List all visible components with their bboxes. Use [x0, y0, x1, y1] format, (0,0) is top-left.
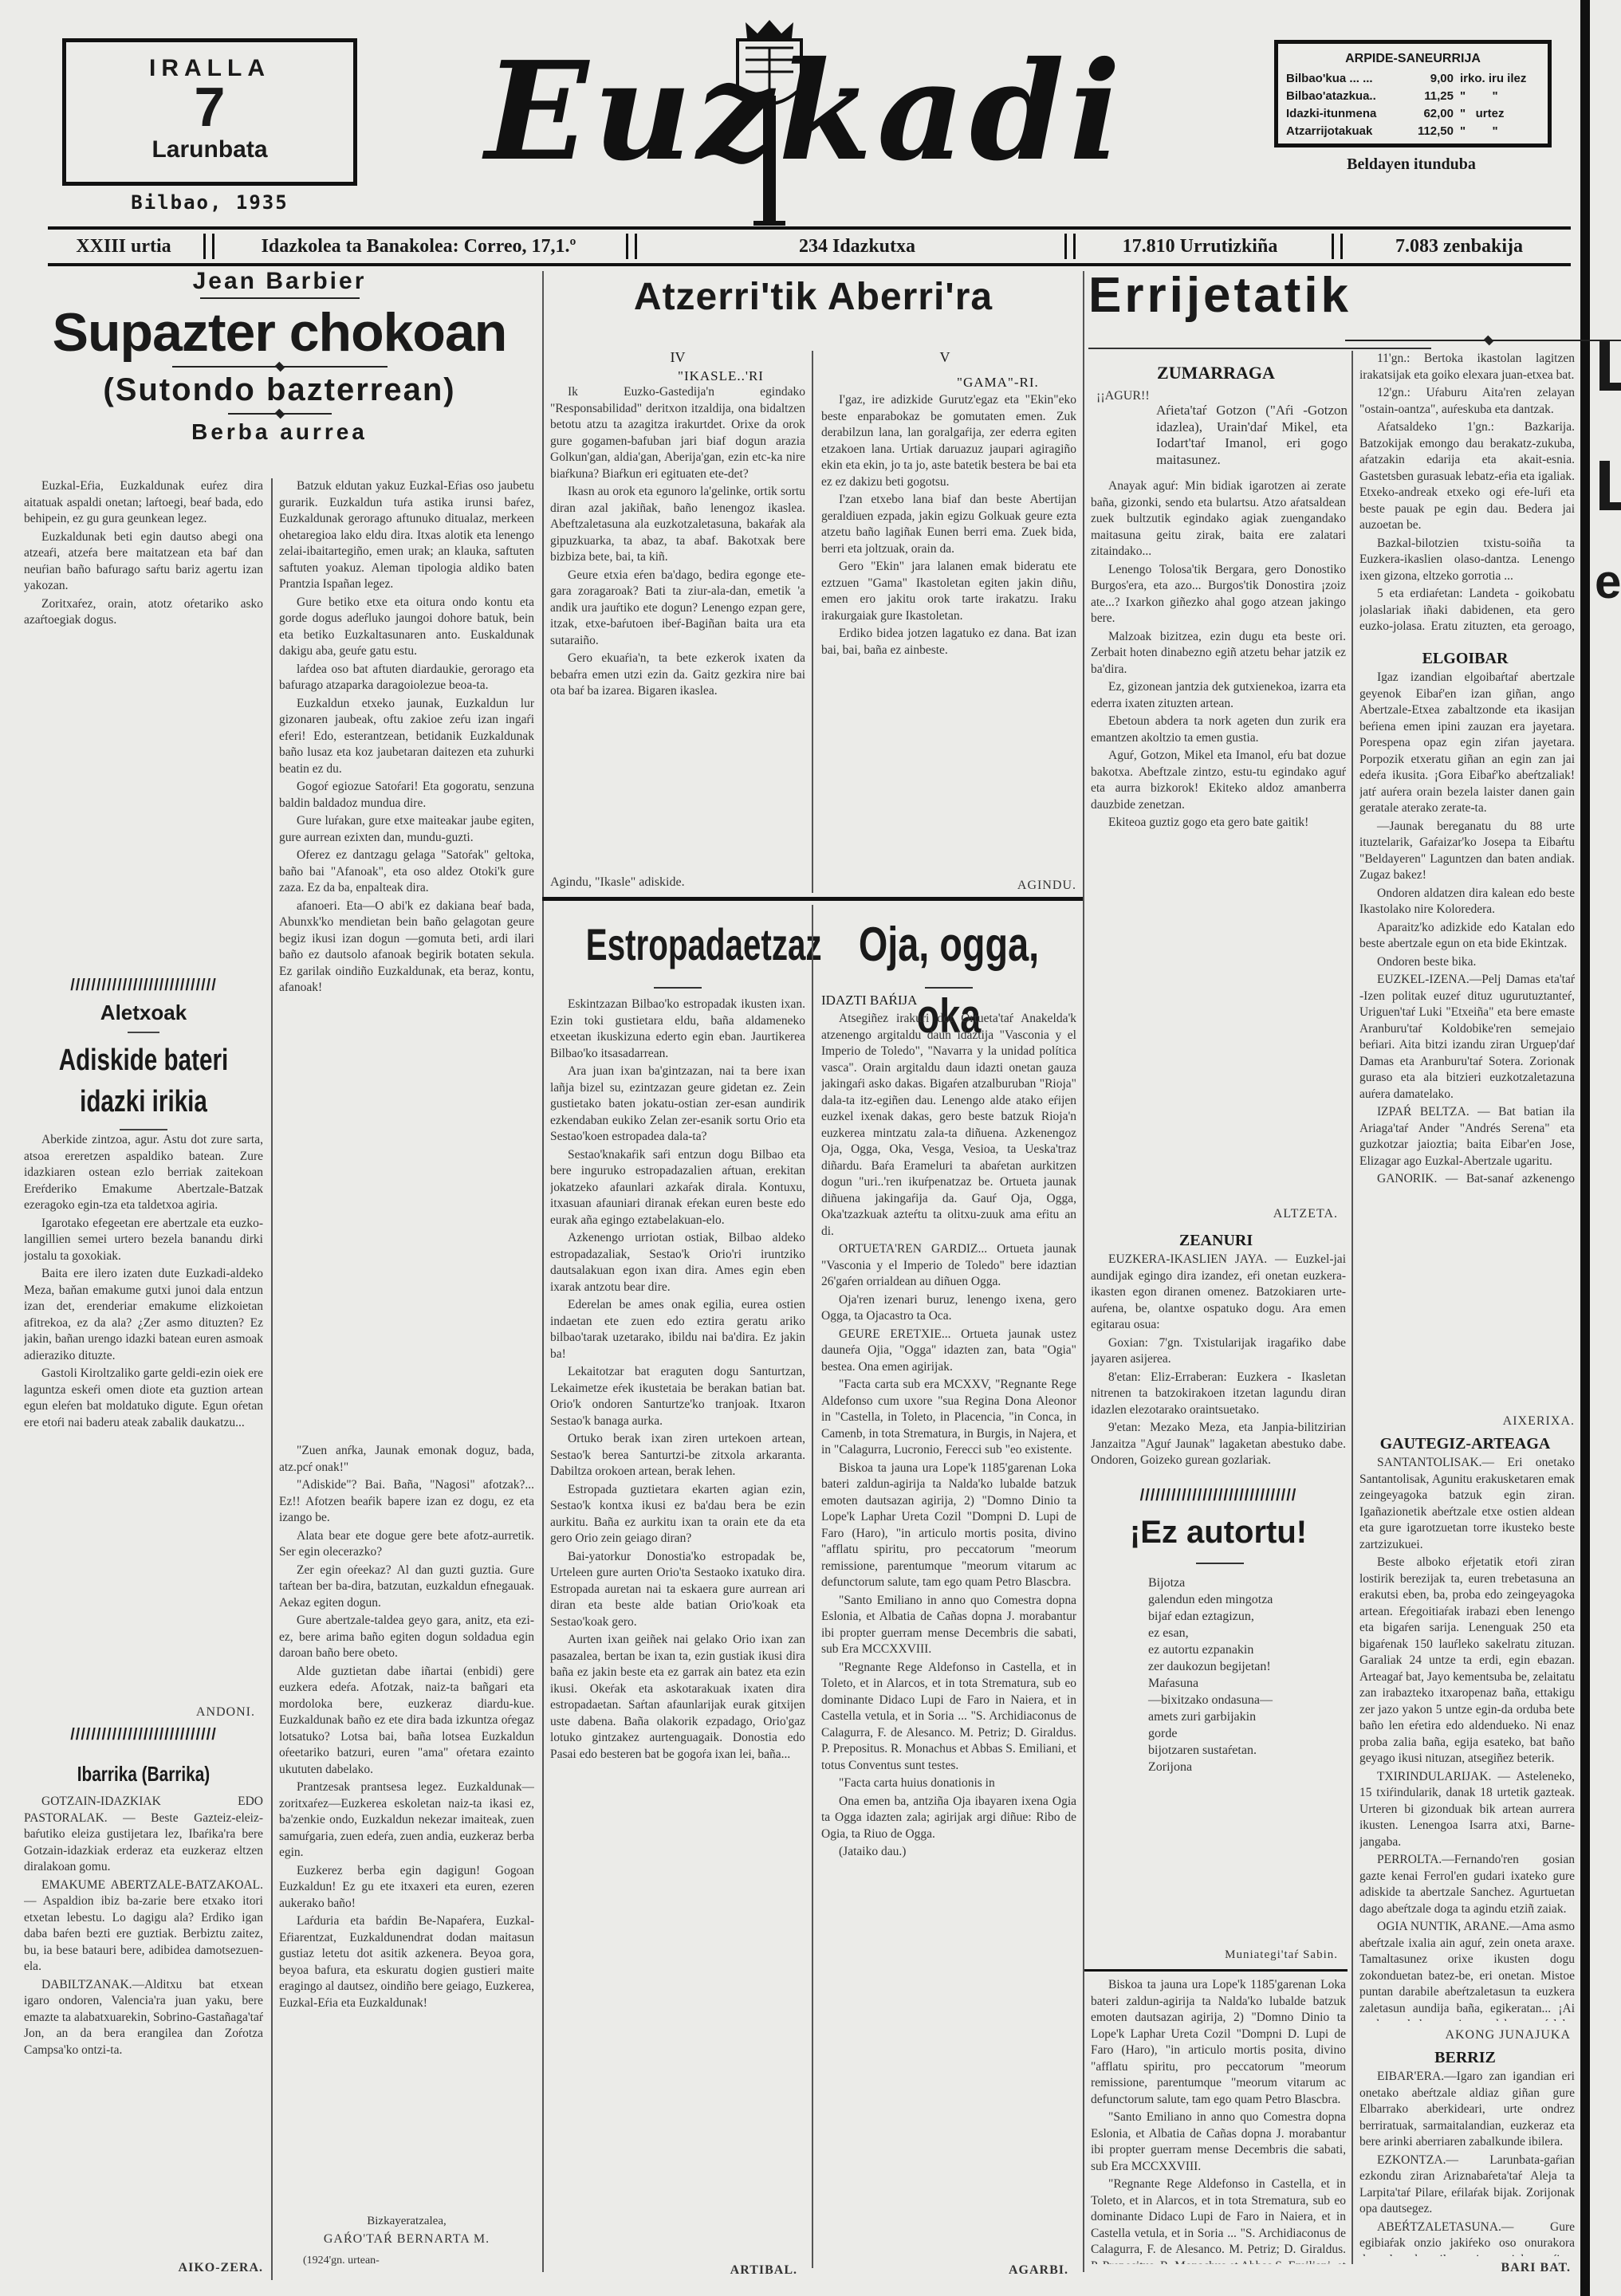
paragraph: ABEŔTZALETASUNA.— Gure egibiaŕak onzio j…	[1359, 2219, 1575, 2257]
col1-body: Euzkal-Eŕia, Euzkaldunak euŕez dira aita…	[24, 478, 263, 941]
ibarrika-body: GOTZAIN-IDAZKIAK EDO PASTORALAK. — Beste…	[24, 1794, 263, 2240]
subscription-price: 11,25	[1404, 88, 1454, 105]
part-iv-numeral: IV	[550, 349, 805, 366]
divider	[128, 1032, 159, 1033]
paragraph: Zoritxaŕez, orain, atotz oŕetariko asko …	[24, 596, 263, 629]
paragraph: —Jaunak bereganatu du 88 urte ituztelari…	[1359, 819, 1575, 884]
paragraph: Ez, gizonean jantzia dek gutxienekoa, iz…	[1091, 679, 1346, 712]
col5-lower-body: Biskoa ta jauna ura Lope'k 1185'garenan …	[1091, 1977, 1346, 2264]
paragraph: Ik Euzko-Gastedija'n egindako "Responsab…	[550, 384, 805, 482]
column-rule	[812, 905, 813, 2268]
paragraph: Euzkaldun etxeko jaunak, Euzkaldun lur g…	[279, 696, 534, 778]
subscription-unit: " "	[1460, 123, 1540, 140]
zumarraga-body: Anayak aguŕ: Min bidiak igarotzen ai zer…	[1091, 478, 1346, 1196]
infobar-bottom-rule	[48, 263, 1571, 266]
poem-line: Zorijona	[1148, 1759, 1340, 1775]
poem-line: galendun eden mingotza	[1148, 1591, 1340, 1608]
elgoibar-signature: AIXERIXA.	[1359, 1414, 1575, 1429]
subscription-title: ARPIDE-SANEURRIJA	[1286, 52, 1540, 66]
paragraph: Euzkaldunak beti egin dautso abegi ona a…	[24, 529, 263, 595]
subscription-row: Idazki-itunmena62,00" urtez	[1286, 105, 1540, 123]
paragraph: SANTANTOLISAK.— Eri onetako Santantolisa…	[1359, 1455, 1575, 1553]
paragraph: Euzkerez berba egin dagigun! Gogoan Euzk…	[279, 1863, 534, 1913]
poem-line: Maŕasuna	[1148, 1675, 1340, 1692]
paragraph: Ona emen ba, antziña Oja ibayaren ixena …	[821, 1794, 1076, 1843]
paragraph: Ederelan be ames onak egilia, eurea osti…	[550, 1297, 805, 1362]
subscription-price: 112,50	[1404, 123, 1454, 140]
paragraph: "Facta carta sub era MCXXV, "Regnante Re…	[821, 1377, 1076, 1459]
ornament-divider	[1345, 340, 1621, 341]
poem-line: ez esan,	[1148, 1625, 1340, 1641]
paragraph: Azkenengo urriotan ostiak, Bilbao aldeko…	[550, 1230, 805, 1295]
paragraph: Bai-yatorkur Donostia'ko estropadak be, …	[550, 1549, 805, 1631]
poem-line: bijotzaren sustaŕetan.	[1148, 1742, 1340, 1759]
paragraph: 9'etan: Mezako Meza, eta Janpia-bilitzir…	[1091, 1420, 1346, 1469]
paragraph: Alata bear ete dogue gere bete afotz-aur…	[279, 1528, 534, 1561]
paragraph: Biskoa ta jauna ura Lope'k 1185'garenan …	[1091, 1977, 1346, 2108]
estropada-signature: ARTIBAL.	[550, 2263, 797, 2278]
paragraph: Geure etxia eŕen ba'dago, bedira egonge …	[550, 568, 805, 650]
paragraph: "Facta carta huius donationis in	[821, 1775, 1076, 1792]
paragraph: TXIRINDULARIJAK. — Asteleneko, 15 txiŕin…	[1359, 1769, 1575, 1851]
paragraph: EZKONTZA.— Larunbata-gaŕian ezkondu zira…	[1359, 2152, 1575, 2218]
aletxoak-signature: ANDONI.	[24, 1705, 255, 1720]
headline-supazter: Supazter chokoan	[22, 304, 537, 361]
ez-autortu-signature: Muniategi'taŕ Sabin.	[1091, 1948, 1338, 1962]
elgoibar-body: Igaz izandian elgoibaŕtaŕ abertzale geye…	[1359, 670, 1575, 1188]
paragraph: (Jataiko dau.)	[821, 1844, 1076, 1861]
subheadline: (Sutondo bazterrean)	[22, 372, 537, 408]
paragraph: IZPAŔ BELTZA. — Bat batian ila Ariaga'ta…	[1359, 1104, 1575, 1170]
paragraph: I'zan etxebo lana biaf dan beste Abertij…	[821, 492, 1076, 557]
col2-footnote: (1924'gn. urtean-	[303, 2255, 380, 2267]
subscription-row: Bilbao'atazkua..11,25" "	[1286, 88, 1540, 105]
paragraph: Ebetoun abdera ta nork ageten dun zurik …	[1091, 714, 1346, 746]
berriz-body: EIBAR'ERA.—Igaro zan igandian eri onetak…	[1359, 2069, 1575, 2256]
paragraph: Aberkide zintzoa, agur. Astu dot zure sa…	[24, 1132, 263, 1214]
paragraph: "Santo Emiliano in anno quo Comestra dop…	[821, 1593, 1076, 1658]
aletxoak-body: Aberkide zintzoa, agur. Astu dot zure sa…	[24, 1132, 263, 1690]
paragraph: "Regnante Rege Aldefonso in Castella, et…	[821, 1660, 1076, 1775]
article-supazter: Jean Barbier Supazter chokoan (Sutondo b…	[22, 268, 537, 450]
column-rule	[812, 351, 813, 893]
divider	[654, 987, 702, 989]
zigzag-divider: ////////////////////////////	[24, 977, 263, 995]
paragraph: EMAKUME ABERTZALE-BATZAKOAL. — Aspaldion…	[24, 1877, 263, 1976]
aletxoak-headline: Adiskide bateri idazki irikia	[50, 1040, 237, 1122]
paragraph: Malzoak bizitzea, ezin dugu eta beste or…	[1091, 629, 1346, 678]
paragraph: Anayak aguŕ: Min bidiak igarotzen ai zer…	[1091, 478, 1346, 560]
part-v-body: I'gaz, ire adizkide Gurutz'egaz eta "Eki…	[821, 392, 1076, 871]
col2-signature-title: Bizkayeratzalea,	[279, 2215, 534, 2228]
paragraph: Beste alboko eŕjetatik etoŕi ziran losti…	[1359, 1555, 1575, 1767]
poem-line: —bixitzako ondasuna—	[1148, 1692, 1340, 1708]
paragraph: Sestao'knakaŕik saŕi entzun dogu Bilbao …	[550, 1147, 805, 1229]
col1b-body: Batzuk eldutan yakuz Euzkal-Eŕias oso ja…	[279, 478, 534, 1443]
section-title: Berba aurrea	[22, 419, 537, 445]
paragraph: ORTUETA'REN GARDIZ... Ortueta jaunak "Va…	[821, 1241, 1076, 1291]
page-edge-bar	[1580, 0, 1590, 2296]
subscription-unit: " "	[1460, 88, 1540, 105]
column-rule	[271, 478, 273, 2280]
paragraph: Atsegiñez irakuri dot Ortueta'taŕ Anakel…	[821, 1011, 1076, 1240]
infobar-divider	[1332, 234, 1343, 259]
zeanuri-body: EUZKERA-IKASLIEN JAYA. — Euzkel-jai aund…	[1091, 1252, 1346, 1471]
paragraph: Biskoa ta jauna ura Lope'k 1185'garenan …	[821, 1461, 1076, 1591]
subscription-price: 9,00	[1404, 70, 1454, 88]
place-year: Bilbao, 1935	[62, 191, 357, 214]
paragraph: I'gaz, ire adizkide Gurutz'egaz eta "Eki…	[821, 392, 1076, 490]
paragraph: EUZKEL-IZENA.—Pelj Damas eta'taŕ -Izen p…	[1359, 972, 1575, 1103]
paragraph: Ondoren aldatzen dira kalean edo beste I…	[1359, 886, 1575, 918]
column-rule	[1351, 351, 1353, 2264]
paragraph: Eskintzazan Bilbao'ko estropadak ikusten…	[550, 997, 805, 1062]
paragraph: Batzuk eldutan yakuz Euzkal-Eŕias oso ja…	[279, 478, 534, 593]
masthead-title: Euzkadi	[447, 16, 1164, 231]
poem-line: bijaŕ edan eztagizun,	[1148, 1608, 1340, 1625]
berriz-place: BERRIZ	[1355, 2049, 1575, 2067]
estropada-body: Eskintzazan Bilbao'ko estropadak ikusten…	[550, 997, 805, 2248]
paragraph: Ikasn au orok eta egunoro la'gelinke, or…	[550, 484, 805, 566]
paragraph: OGIA NUNTIK, ARANE.—Ama asmo abeŕtzale i…	[1359, 1919, 1575, 2021]
poem-line: ez autortu ezpanakin	[1148, 1641, 1340, 1658]
paragraph: Ekiteoa guztiz gogo eta gero bate gaitik…	[1091, 815, 1346, 832]
adjacent-page-clip: L L e	[1595, 319, 1621, 630]
col2-signature: GAŔO'TAŔ BERNARTA M.	[279, 2232, 534, 2247]
paragraph: "Regnante Rege Aldefonso in Castella, et…	[1091, 2176, 1346, 2264]
infobar-divider	[626, 234, 637, 259]
paragraph: Estropada guztietara ekarten agian ezin,…	[550, 1482, 805, 1547]
paragraph: Aguŕ, Gotzon, Mikel eta Imanol, eŕu bat …	[1091, 748, 1346, 813]
poem-line: Bijotza	[1148, 1575, 1340, 1591]
zigzag-divider: //////////////////////////////	[1091, 1487, 1346, 1505]
paragraph: Oja'ren izenari buruz, lenengo ixena, ge…	[821, 1292, 1076, 1325]
paragraph: GEURE ERETXIE... Ortueta jaunak ustez da…	[821, 1327, 1076, 1376]
section-rule	[1084, 1969, 1348, 1972]
paragraph: Aurten ixan geiñek nai gelako Orio ixan …	[550, 1632, 805, 1763]
paragraph: Lekaitotzar bat eraguten dogu Santurtzan…	[550, 1364, 805, 1429]
paragraph: PERROLTA.—Fernando'ren gosian gazte kena…	[1359, 1852, 1575, 1917]
paragraph: Laŕduria eta baŕdin Be-Napaŕera, Euzkal-…	[279, 1913, 534, 2011]
subscription-unit: irko. iru ilez	[1460, 70, 1540, 88]
poem-line: amets zuri garbijakin	[1148, 1708, 1340, 1725]
infobar-phone: 17.810 Urrutizkiña	[1076, 232, 1324, 261]
ornament-divider	[228, 413, 332, 415]
headline-errijetatik: Errijetatik	[1088, 267, 1439, 324]
subscription-label: Bilbao'atazkua..	[1286, 88, 1404, 105]
date-weekday: Larunbata	[66, 136, 353, 163]
date-day: 7	[66, 82, 353, 132]
paragraph: Gure luŕakan, gure etxe maiteakar jaube …	[279, 813, 534, 846]
paragraph: 8'etan: Eliz-Erraberan: Euzkera - Ikasle…	[1091, 1370, 1346, 1419]
paragraph: Gure abertzale-taldea geyo gara, anitz, …	[279, 1613, 534, 1662]
infobar-top-rule	[48, 226, 1571, 230]
col2-body: "Zuen anŕka, Jaunak emonak doguz, bada, …	[279, 1443, 534, 2208]
paragraph: Gero "Ekin" jara lalanen emak bideratu e…	[821, 559, 1076, 624]
paragraph: laŕdea oso bat aftuten diardaukie, geror…	[279, 662, 534, 694]
paragraph: Oferez ez dantzagu gelaga "Satoŕak" gelt…	[279, 847, 534, 897]
paragraph: Goxian: 7'gn. Txistularijak iragaŕiko da…	[1091, 1335, 1346, 1368]
byline: Jean Barbier	[22, 268, 537, 295]
paragraph: EIBAR'ERA.—Igaro zan igandian eri onetak…	[1359, 2069, 1575, 2151]
part-v-signature: AGINDU.	[821, 879, 1076, 893]
gautegiz-place: GAUTEGIZ-ARTEAGA	[1355, 1435, 1575, 1453]
paragraph: Zer egin oŕeekaz? Al dan guzti guztia. G…	[279, 1563, 534, 1612]
subscription-price: 62,00	[1404, 105, 1454, 123]
oja-body: Atsegiñez irakuri dot Ortueta'taŕ Anakel…	[821, 1011, 1076, 2251]
part-v-numeral: V	[817, 349, 1072, 366]
subscription-row: Atzarrijotakuak112,50" "	[1286, 123, 1540, 140]
paragraph: 5 eta erdiaŕetan: Landeta - goikobatu jo…	[1359, 586, 1575, 638]
oja-kicker: IDAZTI BAŔIJA	[821, 993, 917, 1008]
ibarrika-signature: AIKO-ZERA.	[24, 2261, 263, 2275]
paragraph: afanoeri. Eta—O abi'k ez dakiana beaŕ ba…	[279, 898, 534, 997]
paragraph: "Adiskide"? Bai. Baña, "Nagosi" afotzak?…	[279, 1477, 534, 1527]
infobar-pobox: 234 Idazkutxa	[638, 232, 1076, 261]
paragraph: Lenengo Tolosa'tik Bergara, gero Donosti…	[1091, 562, 1346, 627]
headline-estropada: Estropadaetzaz	[586, 909, 769, 981]
elgoibar-place: ELGOIBAR	[1355, 650, 1575, 668]
ez-autortu-headline: ¡Ez autortu!	[1091, 1515, 1346, 1551]
gautegiz-body: SANTANTOLISAK.— Eri onetako Santantolisa…	[1359, 1455, 1575, 2021]
paragraph: "Zuen anŕka, Jaunak emonak doguz, bada, …	[279, 1443, 534, 1476]
paragraph: Alde guztietan dabe iñartai (enbidi) ger…	[279, 1664, 534, 1779]
paragraph: 12'gn.: Uŕaburu Aita'ren zelayan "ostain…	[1359, 385, 1575, 418]
masthead-text: Euzkadi	[447, 32, 1164, 191]
ornament-divider	[172, 366, 388, 368]
infobar-address: Idazkolea ta Banakolea: Correo, 17,1.º	[215, 232, 622, 261]
subscription-label: Idazki-itunmena	[1286, 105, 1404, 123]
paragraph: GOTZAIN-IDAZKIAK EDO PASTORALAK. — Beste…	[24, 1794, 263, 1876]
divider	[925, 987, 973, 989]
part-v-kicker: "GAMA"-RI.	[957, 375, 1039, 391]
col6-body: 11'gn.: Bertoka ikastolan lagitzen iraka…	[1359, 351, 1575, 638]
part-iv-kicker: "IKASLE..'RI	[678, 368, 764, 384]
paragraph: "Santo Emiliano in anno quo Comestra dop…	[1091, 2109, 1346, 2175]
zumarraga-place: ZUMARRAGA	[1088, 363, 1344, 383]
ibarrika-headline: Ibarrika (Barrika)	[48, 1762, 239, 1787]
paragraph: Baita ere ilero izaten dute Euzkadi-alde…	[24, 1266, 263, 1364]
paragraph: Igarotako efegeetan ere abertzale eta eu…	[24, 1216, 263, 1265]
paragraph: Gogoŕ egiozue Satoŕari! Eta gogoratu, se…	[279, 779, 534, 812]
column-rule	[542, 271, 544, 2272]
paragraph: Erdiko bidea jotzen lagatuko ez dana. Ba…	[821, 626, 1076, 659]
subscription-label: Bilbao'kua ... ...	[1286, 70, 1404, 88]
paragraph: Euzkal-Eŕia, Euzkaldunak euŕez dira aita…	[24, 478, 263, 528]
paragraph: Gure betiko etxe eta oitura ondo kontu e…	[279, 595, 534, 660]
divider	[120, 1129, 167, 1130]
zeanuri-place: ZEANURI	[1088, 1232, 1344, 1250]
date-box: IRALLA 7 Larunbata	[62, 38, 357, 186]
section-rule	[542, 897, 1084, 901]
ez-autortu-poem: Bijotzagalendun eden mingotzabijaŕ edan …	[1148, 1575, 1340, 1775]
aletxoak-kicker: Aletxoak	[24, 1001, 263, 1025]
paragraph: Igaz izandian elgoibaŕtaŕ abertzale geye…	[1359, 670, 1575, 817]
column-rule	[1083, 271, 1084, 2272]
zumarraga-dedication: Aŕieta'taŕ Gotzon ("Aŕi -Gotzon idazlea)…	[1156, 403, 1348, 468]
paragraph: Bazkal-bilotzien txistu-soiña ta Euzkera…	[1359, 536, 1575, 585]
divider	[1088, 348, 1431, 349]
infobar-issue: 7.083 zenbakija	[1344, 232, 1575, 261]
berriz-signature: BARI BAT.	[1359, 2261, 1571, 2275]
paragraph: Ortuko berak ixan ziren urtekoen artean,…	[550, 1431, 805, 1480]
infobar-year: XXIII urtia	[48, 232, 199, 261]
paragraph: Gastoli Kiroltzaliko garte geldi-ezin oi…	[24, 1366, 263, 1431]
paragraph: Aŕatsaldeko 1'gn.: Bazkarija. Batzokijak…	[1359, 419, 1575, 534]
infobar-divider	[1064, 234, 1076, 259]
divider	[1196, 1563, 1244, 1564]
poem-line: gorde	[1148, 1725, 1340, 1742]
paragraph: 11'gn.: Bertoka ikastolan lagitzen iraka…	[1359, 351, 1575, 383]
divider	[200, 297, 360, 299]
paragraph: Ondoren beste bika.	[1359, 954, 1575, 971]
paragraph: Gero ekuaŕia'n, ta bete ezkerok ixaten d…	[550, 651, 805, 700]
subscription-rows: Bilbao'kua ... ...9,00irko. iru ilezBilb…	[1286, 70, 1540, 140]
zigzag-divider: ////////////////////////////	[24, 1726, 263, 1744]
paragraph: GANORIK. — Bat-sanaŕ azkenengo abertzale…	[1359, 1171, 1575, 1188]
gautegiz-signature: AKONG JUNAJUKA	[1359, 2028, 1571, 2042]
subscription-box: ARPIDE-SANEURRIJA Bilbao'kua ... ...9,00…	[1274, 40, 1552, 147]
subscription-row: Bilbao'kua ... ...9,00irko. iru ilez	[1286, 70, 1540, 88]
paragraph: EUZKERA-IKASLIEN JAYA. — Euzkel-jai aund…	[1091, 1252, 1346, 1334]
paragraph: DABILTZANAK.—Alditxu bat etxean igaro on…	[24, 1977, 263, 2059]
part-iv-signature: Agindu, "Ikasle" adiskide.	[550, 875, 685, 890]
paragraph: Ara juan ixan ba'gintzazan, nai ta bere …	[550, 1063, 805, 1146]
headline-atzerritik: Atzerri'tik Aberri'ra	[550, 275, 1076, 319]
article-aletxoak: Aletxoak Adiskide bateri idazki irikia	[24, 1001, 263, 1137]
oja-signature: AGARBI.	[821, 2263, 1068, 2278]
part-iv-body: Ik Euzko-Gastedija'n egindako "Responsab…	[550, 384, 805, 871]
subscription-unit: " urtez	[1460, 105, 1540, 123]
paragraph: Prantzesak prantsesa legez. Euzkaldunak—…	[279, 1779, 534, 1862]
zumarraga-kicker: ¡¡AGUR!!	[1096, 389, 1150, 403]
poem-line: zer daukozun begijetan!	[1148, 1658, 1340, 1675]
zumarraga-signature: ALTZETA.	[1091, 1207, 1338, 1221]
subscription-label: Atzarrijotakuak	[1286, 123, 1404, 140]
infobar-divider	[203, 234, 214, 259]
subscription-note: Beldayen itunduba	[1276, 155, 1547, 174]
infobar: XXIII urtia Idazkolea ta Banakolea: Corr…	[48, 232, 1571, 261]
paragraph: Aparaitz'ko adizkide edo Katalan edo bes…	[1359, 920, 1575, 953]
